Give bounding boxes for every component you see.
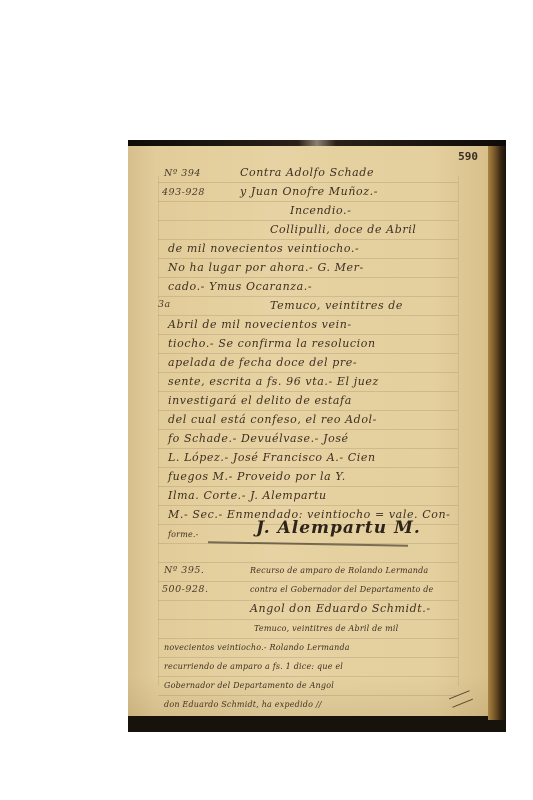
entry-body-line: del cual está confeso, el reo Adol- [168,413,377,426]
signature: J. Alempartu M. [256,518,421,538]
document-frame: 590 Nº 394 493-928 Contra Adolfo Schade … [128,140,506,732]
entry-body-line: cado.- Ymus Ocaranza.- [168,280,312,293]
entry-body-line: Temuco, veintitres de [270,299,403,312]
ledger-page: 590 Nº 394 493-928 Contra Adolfo Schade … [128,146,488,716]
entry-body-line: No ha lugar por ahora.- G. Mer- [168,261,364,274]
ruled-line [158,638,458,639]
ruled-line [158,182,458,183]
page-number: 590 [458,150,478,163]
ruled-line [158,562,458,563]
entry-margin-note: 3a [158,299,171,310]
entry-body-line: recurriendo de amparo a fs. 1 dice: que … [164,662,343,671]
entry-heading-line: Incendio.- [290,204,351,217]
entry-case-number: 493-928 [162,187,205,198]
margin-rule [458,176,459,686]
margin-rule [158,176,159,686]
entry-number: Nº 395. [164,565,204,576]
entry-heading-line: y Juan Onofre Muñoz.- [240,185,378,198]
entry-body-line: Collipulli, doce de Abril [270,223,416,236]
entry-body-line: sente, escrita a fs. 96 vta.- El juez [168,375,379,388]
ruled-line [158,391,458,392]
entry-heading-line: contra el Gobernador del Departamento de [250,585,433,594]
entry-body-line: Abril de mil novecientos vein- [168,318,352,331]
book-binding-edge [488,146,506,720]
entry-body-line: fuegos M.- Proveido por la Y. [168,470,346,483]
ruled-line [158,467,458,468]
entry-body-line: tiocho.- Se confirma la resolucion [168,337,376,350]
ruled-line [158,220,458,221]
entry-body-line: L. López.- José Francisco A.- Cien [168,451,376,464]
ruled-line [158,448,458,449]
entry-heading-line: Angol don Eduardo Schmidt.- [250,602,431,615]
ruled-line [158,201,458,202]
ruled-line [158,657,458,658]
entry-heading-line: Contra Adolfo Schade [240,166,374,179]
ruled-line [158,372,458,373]
end-of-page-mark [449,690,473,708]
ruled-line [158,619,458,620]
entry-body-line: novecientos veintiocho.- Rolando Lermand… [164,643,350,652]
entry-heading-line: Recurso de amparo de Rolando Lermanda [250,566,428,575]
entry-body-line: Gobernador del Departamento de Angol [164,681,334,690]
entry-body-line: Temuco, veintitres de Abril de mil [254,624,398,633]
ruled-line [158,486,458,487]
ruled-line [158,353,458,354]
ruled-line [158,695,458,696]
entry-body-line: forme.- [168,530,199,539]
entry-body-line: investigará el delito de estafa [168,394,352,407]
ruled-line [158,239,458,240]
ruled-line [158,600,458,601]
entry-body-line: de mil novecientos veintiocho.- [168,242,359,255]
ruled-line [158,258,458,259]
entry-number: Nº 394 [164,168,201,179]
ruled-line [158,296,458,297]
entry-case-number: 500-928. [162,584,209,595]
entry-body-line: fo Schade.- Devuélvase.- José [168,432,349,445]
ruled-line [158,315,458,316]
ruled-line [158,277,458,278]
ruled-line [158,410,458,411]
ruled-line [158,429,458,430]
entry-body-line: Ilma. Corte.- J. Alempartu [168,489,327,502]
entry-body-line: apelada de fecha doce del pre- [168,356,357,369]
ruled-line [158,581,458,582]
ruled-line [158,505,458,506]
ruled-line [158,676,458,677]
ruled-line [158,334,458,335]
entry-body-line: don Eduardo Schmidt, ha expedido // [164,700,322,709]
